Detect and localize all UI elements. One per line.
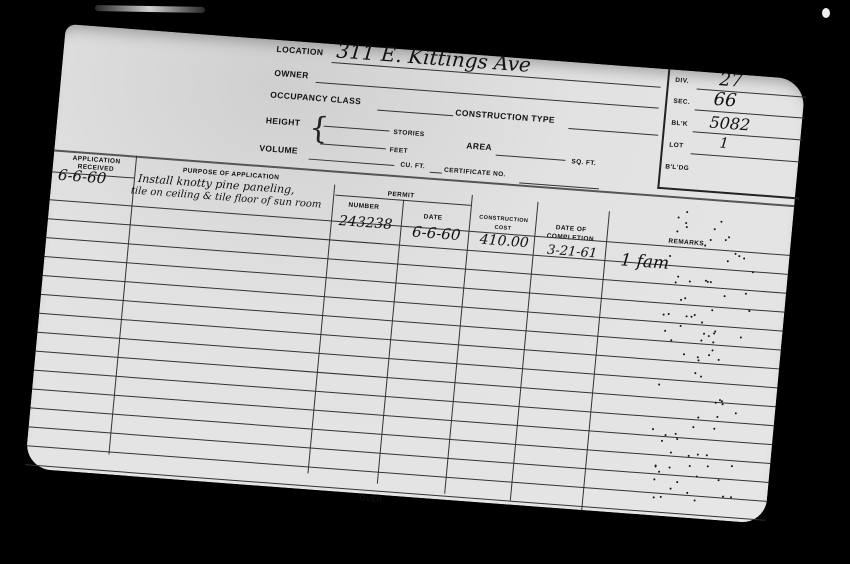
- sec-value: 66: [713, 89, 738, 112]
- area-line: [496, 155, 566, 161]
- cell-permit-date: 6-6-60: [411, 223, 461, 245]
- header-permit-date: DATE: [423, 213, 442, 221]
- height-label: HEIGHT: [265, 115, 300, 128]
- col-divider: [108, 156, 137, 455]
- lot-label: LOT: [669, 142, 684, 150]
- over-footer: OVER: [359, 493, 382, 504]
- div-label: DIV.: [675, 77, 689, 85]
- volume-label: VOLUME: [259, 143, 299, 156]
- blk-label: BL'K: [671, 120, 688, 128]
- cert-line-a: [430, 172, 442, 174]
- location-value: 311 E. Kittings Ave: [336, 38, 532, 77]
- feet-label: FEET: [389, 147, 408, 155]
- cell-date-of-completion: 3-21-61: [546, 243, 597, 262]
- header-permit-number: NUMBER: [348, 202, 379, 211]
- blk-value: 5082: [709, 113, 751, 135]
- occupancy-class-label: OCCUPANCY CLASS: [270, 90, 362, 107]
- cell-remarks: 1 fam: [620, 250, 670, 274]
- sec-label: SEC.: [673, 98, 690, 106]
- permit-card: LOCATION 311 E. Kittings Ave OWNER OCCUP…: [25, 24, 806, 524]
- location-label: LOCATION: [276, 44, 324, 57]
- cell-application-received: 6-6-60: [57, 166, 107, 188]
- stories-label: STORIES: [393, 129, 425, 138]
- stories-line: [324, 126, 390, 132]
- volume-line: [308, 159, 394, 166]
- construction-type-line: [568, 128, 658, 136]
- cu-ft-label: CU. FT.: [400, 161, 425, 170]
- owner-line: [316, 82, 659, 109]
- bldg-label: B'L'DG: [665, 163, 689, 172]
- construction-type-label: CONSTRUCTION TYPE: [455, 107, 555, 124]
- cell-construction-cost: 410.00: [479, 232, 529, 252]
- owner-label: OWNER: [274, 68, 309, 81]
- film-glare: [95, 5, 205, 13]
- lot-value: 1: [719, 135, 729, 152]
- sq-ft-label: SQ. FT.: [571, 158, 596, 167]
- height-brace: {: [308, 111, 330, 147]
- cell-permit-number: 243238: [338, 213, 393, 233]
- header-date-of-completion: DATE OF COMPLETION: [538, 222, 603, 245]
- certificate-no-label: CERTIFICATE NO.: [444, 167, 506, 179]
- feet-line: [320, 143, 386, 149]
- area-label: AREA: [466, 140, 493, 152]
- film-speck: [822, 8, 830, 18]
- location-id-box: DIV. 27 SEC. 66 BL'K 5082 LOT 1 B'L'DG: [657, 69, 810, 199]
- occupancy-line: [377, 110, 453, 117]
